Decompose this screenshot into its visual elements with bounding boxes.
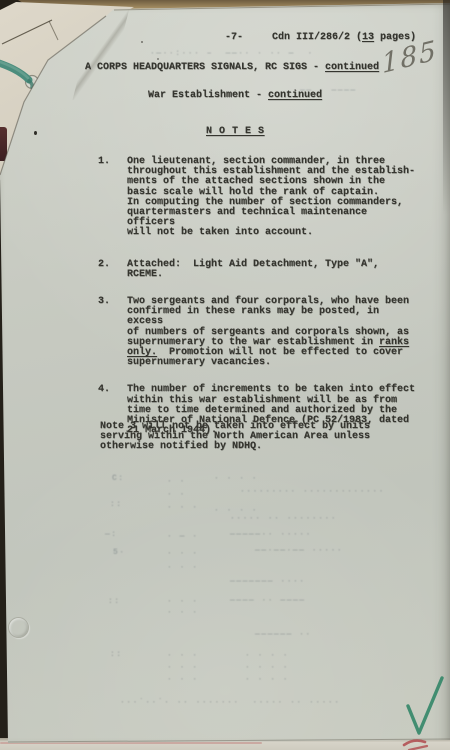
note-item: 2.Attached: Light Aid Detachment, Type "… <box>98 260 418 280</box>
bleedthrough-row: · · · <box>167 663 199 672</box>
bleedthrough-row: · · · <box>167 651 199 660</box>
bleedthrough-row: C: <box>112 474 125 483</box>
bleedthrough-row: :: <box>110 500 123 509</box>
bleedthrough-row: · · · <box>167 597 199 606</box>
bleedthrough-row: ——·——·—— ····· <box>255 546 343 555</box>
bleedthrough-row: · · <box>167 477 186 486</box>
notes-list: 1.One lieutenant, section commander, in … <box>98 157 418 453</box>
bleedthrough-row: · · · <box>167 608 199 617</box>
note-item: 3.Two sergeants and four corporals, who … <box>98 297 418 368</box>
bleedthrough-row: · · <box>167 490 186 499</box>
punch-indent <box>8 617 29 638</box>
bleedthrough-row: ········· ············· <box>240 487 385 496</box>
page-number: -7- <box>225 33 243 43</box>
bleedthrough-row: · · · · <box>214 474 258 483</box>
bleedthrough-row: ·—··:··· – ——·· · ·· — · <box>150 49 314 58</box>
document-reference: Cdn III/286/2 (13 pages) <box>272 33 416 43</box>
bleedthrough-row: :: <box>108 597 121 606</box>
footnote-paragraph: Note 3 will not be taken into effect by … <box>100 422 410 453</box>
paper-speck <box>141 41 143 43</box>
bleedthrough-row: · · · · <box>214 506 258 515</box>
bleedthrough-row: · · · · <box>245 663 289 672</box>
bleedthrough-row: —————— ·· <box>255 630 312 639</box>
document-subtitle: War Establishment - continued <box>148 91 322 101</box>
document-page: ·—··:··· – ——·· · ·· — ·—— · ————C:· ·· … <box>0 0 450 750</box>
bleedthrough-row: —————·· ····· <box>230 530 312 539</box>
paper-speck <box>34 131 37 135</box>
note-item: 1.One lieutenant, section commander, in … <box>98 157 418 239</box>
note-number: 3. <box>98 297 127 368</box>
notes-heading: N O T E S <box>206 127 265 137</box>
bleedthrough-row: · · · · <box>245 675 289 684</box>
bleedthrough-row: · · · <box>167 549 199 558</box>
bleedthrough-row: · · · <box>167 563 199 572</box>
bleedthrough-row: —: <box>105 530 118 539</box>
photo-edge-shadow <box>443 0 450 215</box>
bleedthrough-row: :: <box>110 650 123 659</box>
document-title: A CORPS HEADQUARTERS SIGNALS, RC SIGS - … <box>85 63 379 73</box>
note-number: 1. <box>98 157 127 239</box>
bleedthrough-row: 5· <box>113 548 126 557</box>
bleedthrough-row: ——————— ···· <box>230 577 306 586</box>
bleedthrough-row: · · · <box>167 675 199 684</box>
bleedthrough-row: · · · <box>167 503 199 512</box>
paper-speck <box>157 58 159 60</box>
note-text: Two sergeants and four corporals, who ha… <box>127 297 418 368</box>
bleedthrough-row: ····· ·· ········ <box>230 514 337 523</box>
photo-scene: ·—··:··· – ——·· · ·· — ·—— · ————C:· ·· … <box>0 0 450 750</box>
binding-spine-patch <box>0 127 7 161</box>
note-text: One lieutenant, section commander, in th… <box>127 157 418 239</box>
bleedthrough-row: ———— ·· ———— <box>230 596 306 605</box>
bleedthrough-row: ···˙··˙· ·· ······· ····· ·· ····· <box>120 698 341 707</box>
bleedthrough-row: · — · <box>167 532 199 541</box>
note-number: 2. <box>98 260 127 280</box>
bleedthrough-row: · · · · <box>245 651 289 660</box>
note-text: Attached: Light Aid Detachment, Type "A"… <box>127 260 418 280</box>
